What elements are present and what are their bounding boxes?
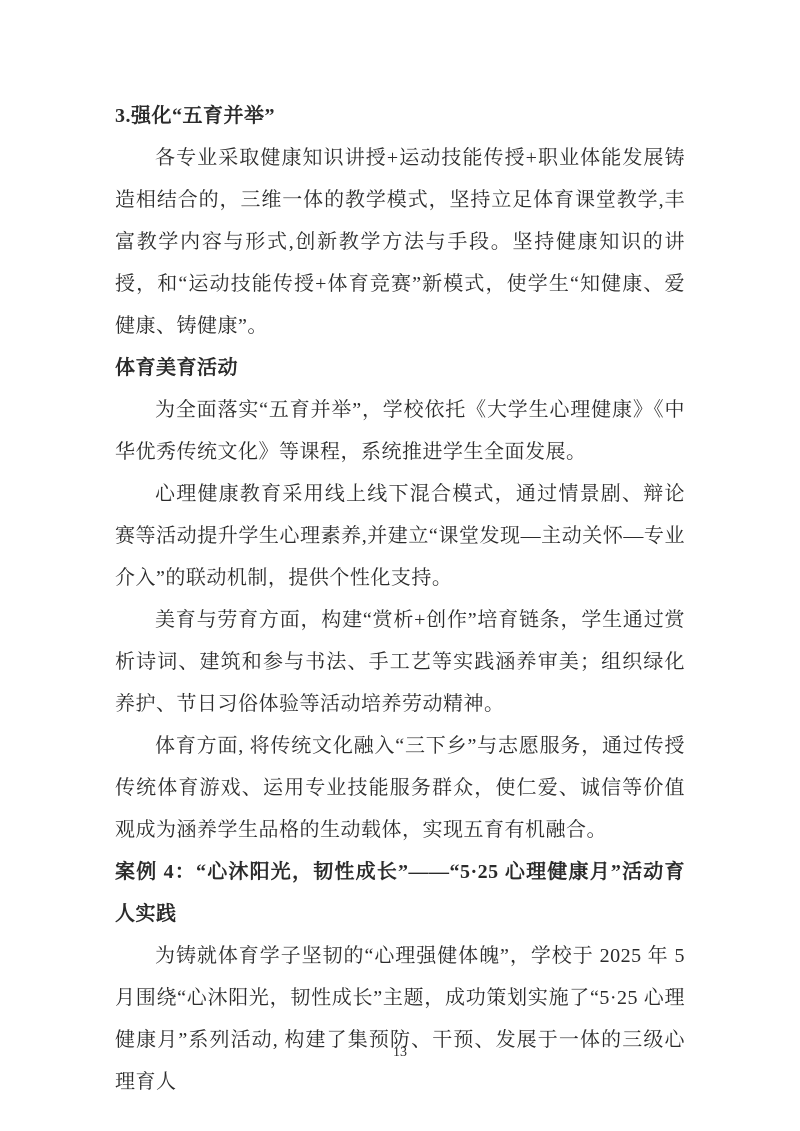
heading-strengthen-five-educations: 3.强化“五育并举” bbox=[115, 95, 685, 137]
paragraph-aesthetic-labor-education: 美育与劳育方面，构建“赏析+创作”培育链条，学生通过赏析诗词、建筑和参与书法、手… bbox=[115, 599, 685, 725]
document-page: 3.强化“五育并举” 各专业采取健康知识讲授+运动技能传授+职业体能发展铸造相结… bbox=[0, 0, 800, 1131]
paragraph-mental-health-month: 为铸就体育学子坚韧的“心理强健体魄”，学校于 2025 年 5 月围绕“心沐阳光… bbox=[115, 935, 685, 1103]
paragraph-mental-health-education: 心理健康教育采用线上线下混合模式，通过情景剧、辩论赛等活动提升学生心理素养,并建… bbox=[115, 473, 685, 599]
heading-case-4: 案例 4：“心沐阳光，韧性成长”——“5·25 心理健康月”活动育人实践 bbox=[115, 851, 685, 935]
paragraph-teaching-model: 各专业采取健康知识讲授+运动技能传授+职业体能发展铸造相结合的，三维一体的教学模… bbox=[115, 137, 685, 347]
paragraph-sports-tradition-culture: 体育方面, 将传统文化融入“三下乡”与志愿服务，通过传授传统体育游戏、运用专业技… bbox=[115, 725, 685, 851]
page-content: 3.强化“五育并举” 各专业采取健康知识讲授+运动技能传授+职业体能发展铸造相结… bbox=[115, 95, 685, 1103]
heading-sports-aesthetic-activities: 体育美育活动 bbox=[115, 347, 685, 389]
page-number: 13 bbox=[0, 1043, 800, 1063]
paragraph-five-educations-courses: 为全面落实“五育并举”，学校依托《大学生心理健康》《中华优秀传统文化》等课程，系… bbox=[115, 389, 685, 473]
